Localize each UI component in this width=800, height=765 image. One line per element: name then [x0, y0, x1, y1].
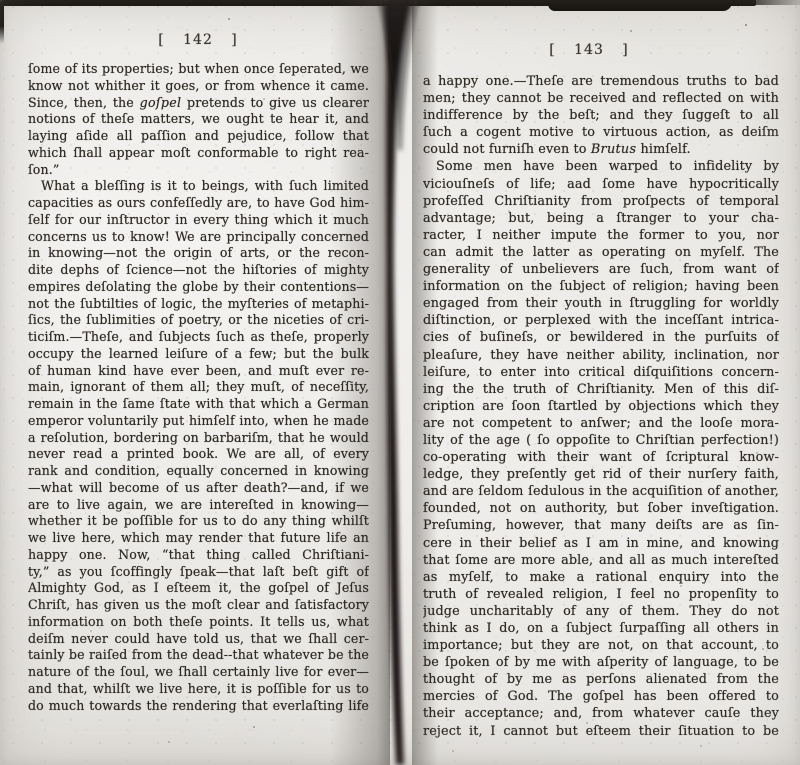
- text-line: leiſure, to enter into critical diſquiſi…: [423, 364, 779, 381]
- text-line: as myſelf, to make a rational enquiry in…: [423, 569, 779, 586]
- text-line: their acceptance; and, from whatever cau…: [423, 705, 779, 722]
- text-line: never read a printed book. We are all, o…: [28, 446, 369, 463]
- text-line: empires deſolating the globe by their co…: [28, 279, 369, 296]
- text-line: which ſhall appear moſt conformable to r…: [28, 145, 369, 162]
- text-line: of human kind have ever been, and muſt e…: [28, 363, 369, 380]
- text-line: and are ſeldom ſedulous in the acquiſiti…: [423, 483, 779, 500]
- text-line: pleaſure, they have neither ability, inc…: [423, 347, 779, 364]
- text-line: laying aſide all paſſion and pejudice, f…: [28, 128, 369, 145]
- text-line: founded, not on authority, but ſober inv…: [423, 500, 779, 517]
- text-line: Preſuming, however, that many deiſts are…: [423, 517, 779, 534]
- page-number-right: [ 143 ]: [424, 42, 754, 58]
- text-line: ſon.”: [28, 162, 369, 179]
- text-line: information on both theſe points. It tel…: [28, 614, 369, 631]
- text-line: racter, I neither impute the former to y…: [423, 227, 779, 244]
- text-line: do much towards the rendering that everl…: [28, 698, 369, 715]
- text-line: Some men have been warped to infidelity …: [423, 158, 779, 175]
- text-line: a happy one.—Theſe are tremendous truths…: [423, 73, 779, 90]
- text-line: truth of revealed religion, I feel no pr…: [423, 586, 779, 603]
- book-gutter: [360, 0, 430, 765]
- text-line: ſics, the ſublimities of poetry, or the …: [28, 312, 369, 329]
- text-line: emperor voluntarily put himſelf into, wh…: [28, 413, 369, 430]
- page-number-left: [ 142 ]: [28, 32, 368, 48]
- scan-edge-top-fade: [752, 0, 800, 5]
- text-line: be ſpoken of by me with aſperity of lang…: [423, 654, 779, 671]
- text-line: lity of the age ( ſo oppoſite to Chriſti…: [423, 432, 779, 449]
- text-line: in knowing—not the origin of arts, or th…: [28, 245, 369, 262]
- text-line: ſuch a cogent motive to virtuous action,…: [423, 124, 779, 141]
- text-line: ſelf for our inſtructor in every thing w…: [28, 212, 369, 229]
- text-line: Almighty God, as I eſteem it, the goſpel…: [28, 580, 369, 597]
- text-line: concerns us to know! We are principally …: [28, 229, 369, 246]
- text-line: ledge, they preſently get rid of their n…: [423, 466, 779, 483]
- text-line: thought of by me as perſons alienated fr…: [423, 671, 779, 688]
- text-line: reject it, I cannot but eſteem their ſit…: [423, 723, 779, 740]
- text-line: think as I do, on a ſubject ſurpaſſing a…: [423, 620, 779, 637]
- text-line: dite dephs of ſcience—not the hiſtories …: [28, 262, 369, 279]
- italic-word: Brutus: [591, 142, 637, 157]
- text-line: not the ſubtilties of logic, the myſteri…: [28, 296, 369, 313]
- text-line: profeſſed Chriſtianity from proſpects of…: [423, 193, 779, 210]
- text-line: ty,” as you ſcoffingly ſpeak—that laſt b…: [28, 564, 369, 581]
- text-line: Chriſt, has given us the moſt clear and …: [28, 597, 369, 614]
- text-line: main, ignorant of them all; they muſt, o…: [28, 379, 369, 396]
- text-line: mercies of God. The goſpel has been offe…: [423, 688, 779, 705]
- page-142-text: ſome of its properties; but when once ſe…: [28, 61, 369, 721]
- scan-edge-left: [0, 0, 4, 44]
- text-line: engaged from their youth in ſtruggling f…: [423, 295, 779, 312]
- text-line: are not competent to anſwer; and the loo…: [423, 415, 779, 432]
- text-line: judge uncharitably of any of them. They …: [423, 603, 779, 620]
- text-line: ſome of its properties; but when once ſe…: [28, 61, 369, 78]
- text-line: rank and condition, equally concerned in…: [28, 463, 369, 480]
- text-line: occupy the learned leiſure of a few; but…: [28, 346, 369, 363]
- text-line: advantage; but, being a ſtranger to your…: [423, 210, 779, 227]
- text-line: we live here, which may render that futu…: [28, 530, 369, 547]
- text-line: can admit the latter as operating on myſ…: [423, 244, 779, 261]
- text-line: that ſome are more able, and all as much…: [423, 552, 779, 569]
- text-line: Since, then, the goſpel pretends to give…: [28, 95, 369, 112]
- text-line: co-operating with their want of ſcriptur…: [423, 449, 779, 466]
- text-line: importance; but they are not, on that ac…: [423, 637, 779, 654]
- page-143-text: a happy one.—Theſe are tremendous truths…: [423, 73, 779, 751]
- text-line: remain in the ſame ſtate with that which…: [28, 396, 369, 413]
- text-line: tainly be raiſed from the dead--that wha…: [28, 647, 369, 664]
- text-line: indifference by the beſt; and they ſugge…: [423, 107, 779, 124]
- text-line: generality of unbelievers are ſuch, from…: [423, 261, 779, 278]
- text-line: men; they cannot be received and reflect…: [423, 90, 779, 107]
- text-line: and that, whilſt we live here, it is poſ…: [28, 681, 369, 698]
- text-line: nature of the ſoul, we ſhall certainly l…: [28, 664, 369, 681]
- text-line: cription are ſoon ſtartled by objections…: [423, 398, 779, 415]
- text-line: ing the the truth of Chriſtianity. Men o…: [423, 381, 779, 398]
- book-scan: [ 142 ] ſome of its properties; but when…: [0, 0, 800, 765]
- text-line: cere in their belief as I am in mine, an…: [423, 535, 779, 552]
- text-line: whether it be poſſible for us to do any …: [28, 513, 369, 530]
- text-line: What a bleſſing is it to beings, with ſu…: [28, 178, 369, 195]
- text-line: notions of theſe matters, we ought te he…: [28, 111, 369, 128]
- text-line: ticiſm.—Theſe, and ſubjects ſuch as theſ…: [28, 329, 369, 346]
- text-line: are to live again, we are intereſted in …: [28, 497, 369, 514]
- text-line: cies of buſineſs, or bewildered in the p…: [423, 329, 779, 346]
- text-line: a reſolution, bordering on barbariſm, th…: [28, 430, 369, 447]
- text-line: information on the ſubject of religion; …: [423, 278, 779, 295]
- paper-speckles: [0, 0, 2, 2]
- text-line: know not whither it goes, or from whence…: [28, 78, 369, 95]
- text-line: capacities as ours confeſſedly are, to h…: [28, 195, 369, 212]
- scan-edge-top-blob: [548, 0, 732, 11]
- text-line: diſtinction, or perplexed with the inceſ…: [423, 312, 779, 329]
- text-line: deiſm never could have told us, that we …: [28, 631, 369, 648]
- italic-word: goſpel: [140, 95, 182, 110]
- text-line: viciouſneſs of life; aad ſome have hypoc…: [423, 176, 779, 193]
- text-line: happy one. Now, “that thing called Chriſ…: [28, 547, 369, 564]
- text-line: —what will become of us after death?—and…: [28, 480, 369, 497]
- text-line: could not furniſh even to Brutus himſelf…: [423, 141, 779, 158]
